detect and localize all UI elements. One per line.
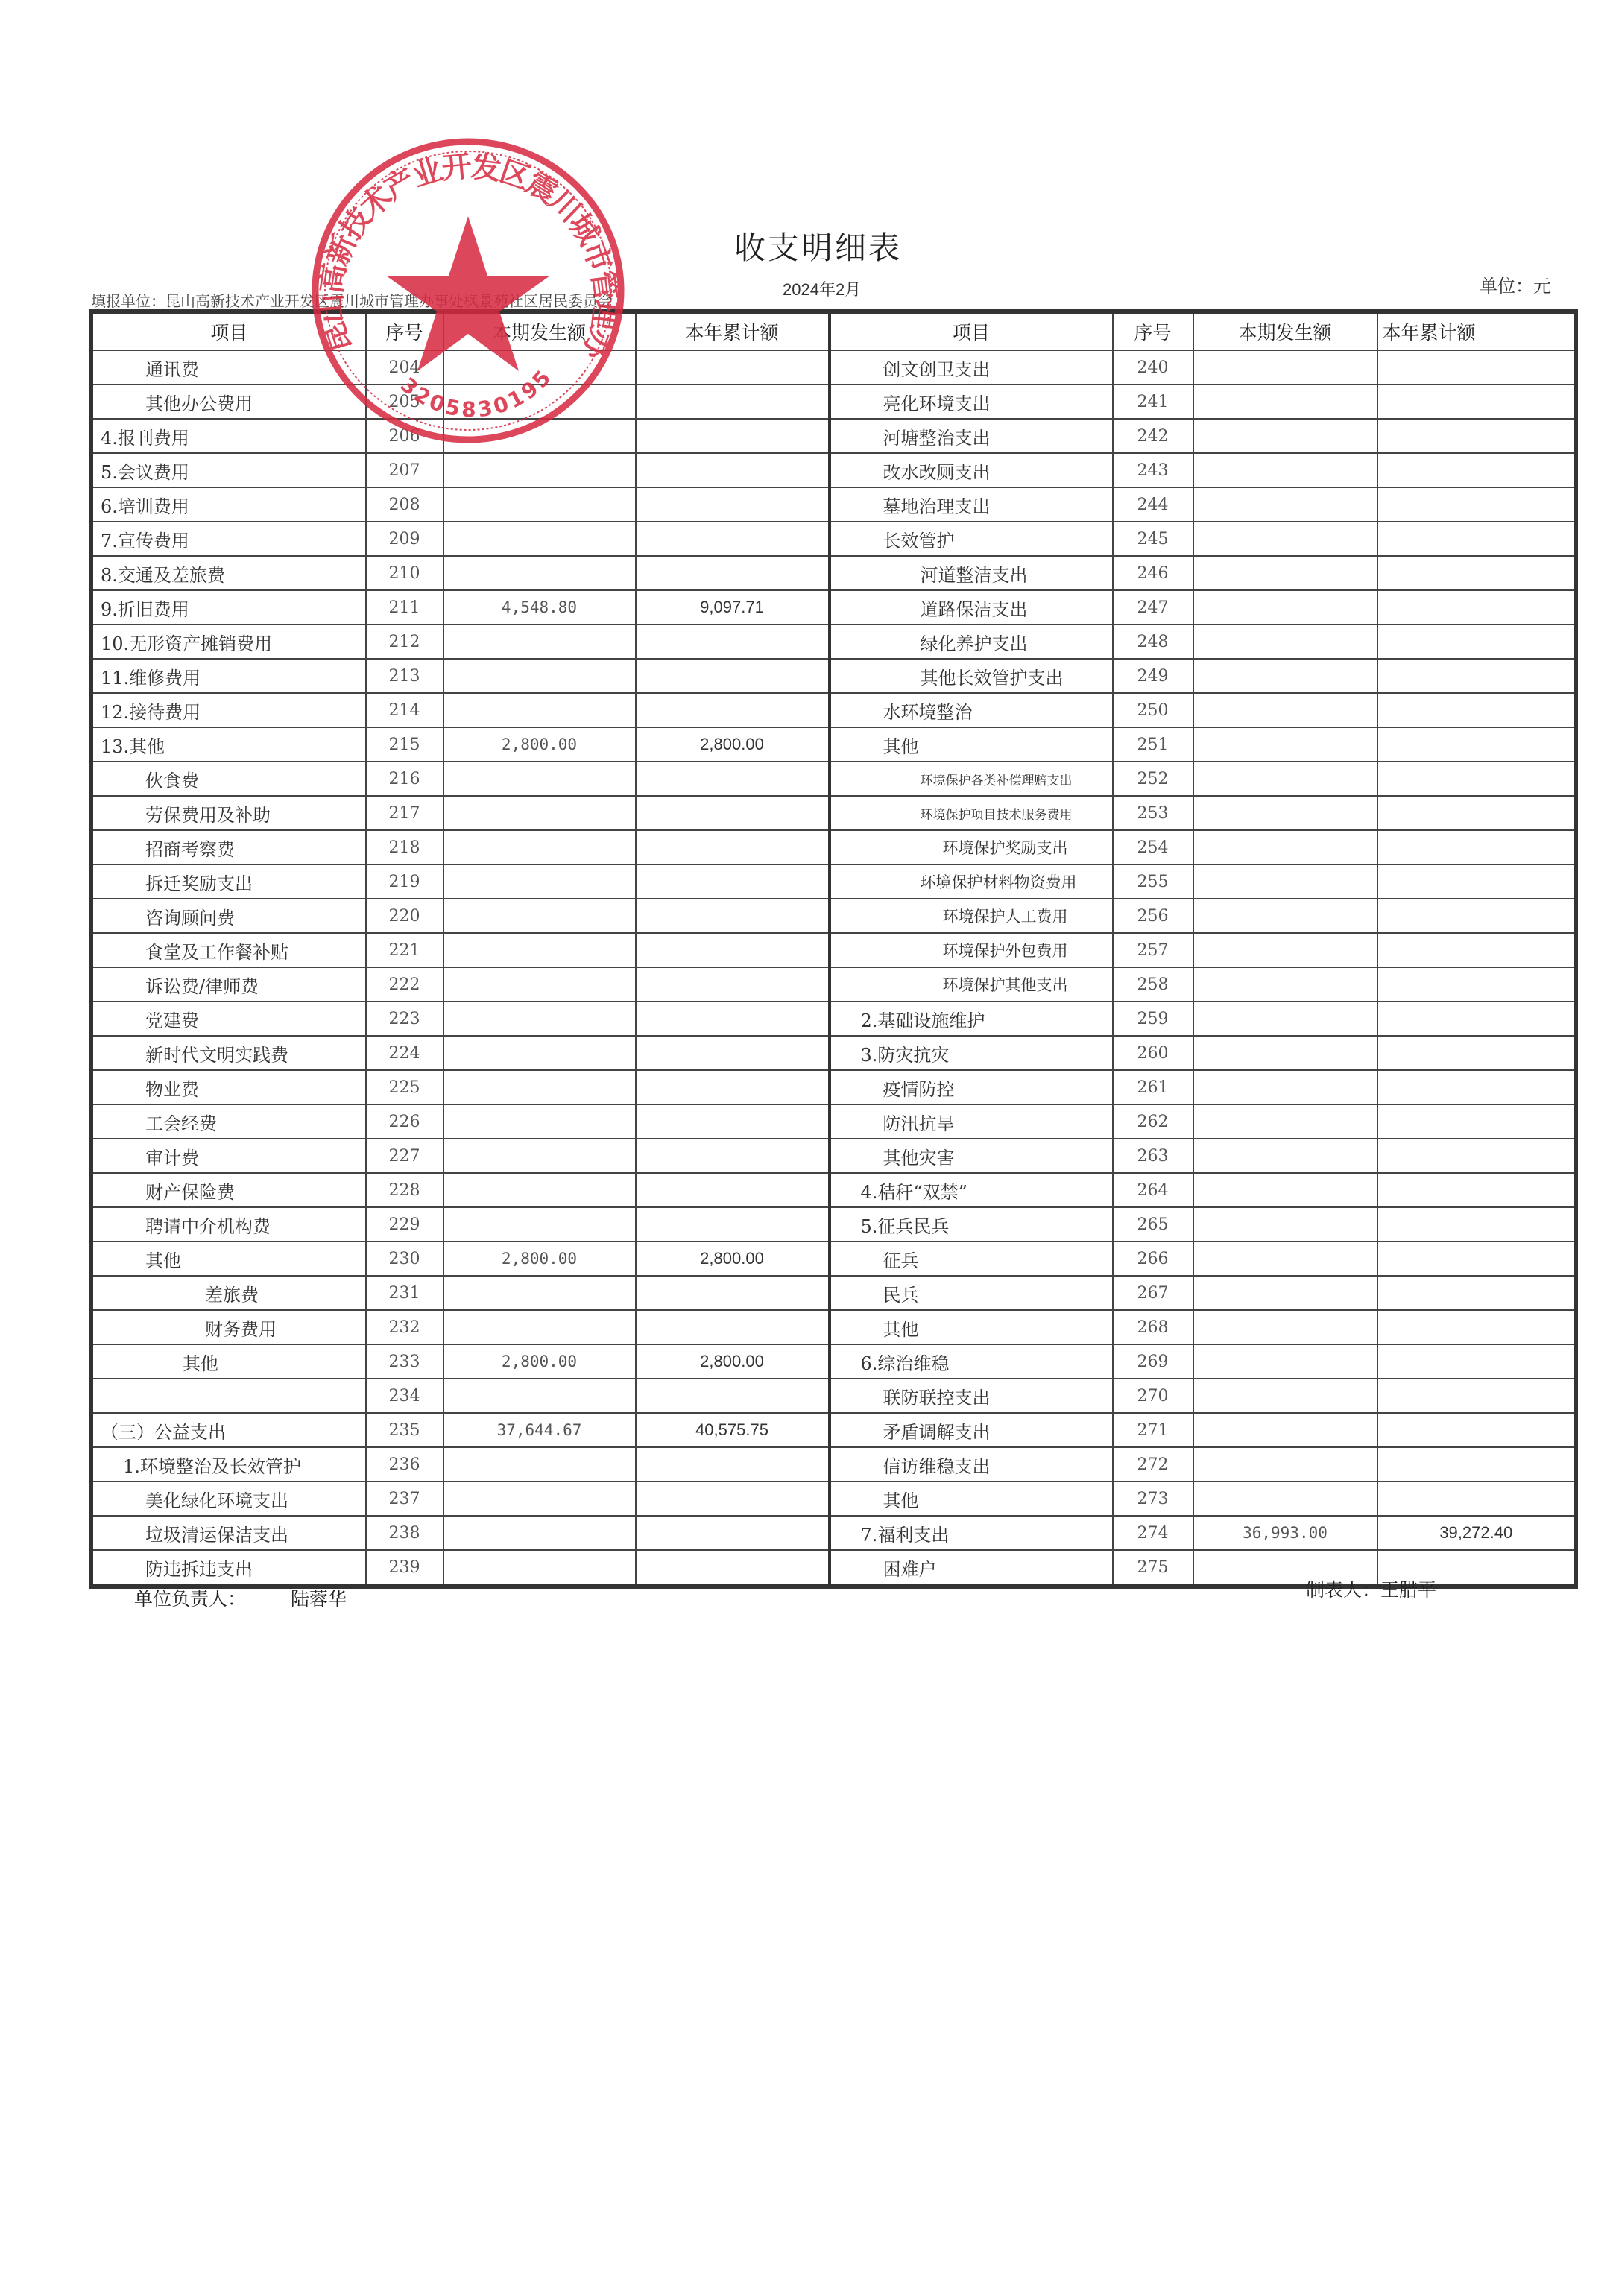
row-item-label: 审计费	[92, 1139, 366, 1173]
row-item-label: 1.环境整治及长效管护	[92, 1447, 366, 1481]
row-ytd-amount	[1377, 967, 1576, 1002]
row-item-label: 环境保护各类补偿理赔支出	[830, 762, 1113, 796]
row-item-label: 其他	[830, 727, 1113, 762]
income-expense-table: 项目 序号 本期发生额 本年累计额 项目 序号 本期发生额 本年累计额 通讯费2…	[89, 309, 1578, 1589]
row-ytd-amount	[636, 796, 830, 830]
row-seq-number: 240	[1113, 350, 1193, 385]
row-item-label: 创文创卫支出	[830, 350, 1113, 385]
row-current-amount	[443, 659, 636, 693]
row-current-amount	[1193, 590, 1377, 624]
row-item-label: 党建费	[92, 1002, 366, 1036]
row-current-amount	[1193, 693, 1377, 727]
row-item-label: 环境保护奖励支出	[830, 830, 1113, 864]
table-row: 党建费2232.基础设施维护259	[92, 1002, 1576, 1036]
row-ytd-amount	[636, 1550, 830, 1587]
table-row: 234联防联控支出270	[92, 1379, 1576, 1413]
row-ytd-amount	[1377, 762, 1576, 796]
row-seq-number: 209	[366, 522, 443, 556]
row-ytd-amount	[636, 1276, 830, 1310]
row-current-amount	[1193, 1104, 1377, 1139]
row-current-amount	[443, 933, 636, 967]
row-ytd-amount	[636, 1379, 830, 1413]
row-seq-number: 230	[366, 1242, 443, 1276]
row-current-amount	[443, 1550, 636, 1587]
row-current-amount	[443, 350, 636, 385]
row-seq-number: 260	[1113, 1036, 1193, 1070]
row-current-amount	[443, 385, 636, 419]
row-item-label: 4.报刊费用	[92, 419, 366, 453]
table-row: 工会经费226防汛抗旱262	[92, 1104, 1576, 1139]
row-current-amount	[443, 1173, 636, 1207]
table-row: 13.其他2152,800.002,800.00其他251	[92, 727, 1576, 762]
row-current-amount	[1193, 556, 1377, 590]
row-item-label: 亮化环境支出	[830, 385, 1113, 419]
row-current-amount	[1193, 1276, 1377, 1310]
reporting-unit-label: 填报单位：	[91, 292, 165, 310]
table-row: 其他2302,800.002,800.00征兵266	[92, 1242, 1576, 1276]
row-current-amount	[443, 796, 636, 830]
table-row: 9.折旧费用2114,548.809,097.71道路保洁支出247	[92, 590, 1576, 624]
row-seq-number: 236	[366, 1447, 443, 1481]
row-seq-number: 207	[366, 453, 443, 487]
row-item-label: 河塘整治支出	[830, 419, 1113, 453]
row-item-label: 民兵	[830, 1276, 1113, 1310]
table-row: 11.维修费用213其他长效管护支出249	[92, 659, 1576, 693]
header-item-right: 项目	[830, 311, 1113, 351]
row-item-label: 防汛抗旱	[830, 1104, 1113, 1139]
row-current-amount	[1193, 967, 1377, 1002]
table-row: 财产保险费2284.秸秆“双禁”264	[92, 1173, 1576, 1207]
row-seq-number: 210	[366, 556, 443, 590]
row-item-label: 12.接待费用	[92, 693, 366, 727]
row-seq-number: 217	[366, 796, 443, 830]
row-item-label: 美化绿化环境支出	[92, 1481, 366, 1516]
row-ytd-amount	[1377, 1173, 1576, 1207]
row-item-label: 2.基础设施维护	[830, 1002, 1113, 1036]
row-ytd-amount	[636, 419, 830, 453]
table-row: 通讯费204创文创卫支出240	[92, 350, 1576, 385]
row-current-amount	[1193, 1481, 1377, 1516]
reporting-unit-name: 昆山高新技术产业开发区震川城市管理办事处枫景苑社区居民委员会	[165, 292, 613, 310]
table-row: 诉讼费/律师费222环境保护其他支出258	[92, 967, 1576, 1002]
table-row: 7.宣传费用209长效管护245	[92, 522, 1576, 556]
row-ytd-amount	[1377, 864, 1576, 899]
row-current-amount: 2,800.00	[443, 1344, 636, 1379]
table-row: 差旅费231民兵267	[92, 1276, 1576, 1310]
row-item-label: 7.福利支出	[830, 1516, 1113, 1550]
row-ytd-amount	[1377, 1036, 1576, 1070]
row-ytd-amount	[636, 1516, 830, 1550]
row-ytd-amount	[636, 453, 830, 487]
row-current-amount	[1193, 487, 1377, 522]
row-current-amount	[1193, 659, 1377, 693]
row-ytd-amount	[1377, 453, 1576, 487]
row-seq-number: 219	[366, 864, 443, 899]
table-row: 12.接待费用214水环境整治250	[92, 693, 1576, 727]
row-ytd-amount	[1377, 1139, 1576, 1173]
row-current-amount	[1193, 762, 1377, 796]
row-item-label: 物业费	[92, 1070, 366, 1104]
row-current-amount: 2,800.00	[443, 727, 636, 762]
row-ytd-amount	[1377, 830, 1576, 864]
row-ytd-amount	[636, 864, 830, 899]
row-item-label: 道路保洁支出	[830, 590, 1113, 624]
header-ytd-right: 本年累计额	[1377, 311, 1576, 351]
table-row: 5.会议费用207改水改厕支出243	[92, 453, 1576, 487]
row-seq-number: 204	[366, 350, 443, 385]
row-seq-number: 222	[366, 967, 443, 1002]
row-seq-number: 242	[1113, 419, 1193, 453]
row-ytd-amount	[1377, 1242, 1576, 1276]
header-item-left: 项目	[92, 311, 366, 351]
row-seq-number: 231	[366, 1276, 443, 1310]
row-ytd-amount	[1377, 1104, 1576, 1139]
row-ytd-amount: 2,800.00	[636, 727, 830, 762]
currency-unit: 单位：元	[1480, 271, 1551, 297]
row-item-label: 困难户	[830, 1550, 1113, 1587]
row-item-label: 诉讼费/律师费	[92, 967, 366, 1002]
row-seq-number: 220	[366, 899, 443, 933]
row-current-amount	[443, 1070, 636, 1104]
row-item-label: 10.无形资产摊销费用	[92, 624, 366, 659]
row-seq-number: 223	[366, 1002, 443, 1036]
row-seq-number: 261	[1113, 1070, 1193, 1104]
row-seq-number: 213	[366, 659, 443, 693]
row-item-label: 其他灾害	[830, 1139, 1113, 1173]
row-item-label: 4.秸秆“双禁”	[830, 1173, 1113, 1207]
table-row: 劳保费用及补助217环境保护项目技术服务费用253	[92, 796, 1576, 830]
row-ytd-amount	[1377, 1481, 1576, 1516]
table-body: 通讯费204创文创卫支出240其他办公费用205亮化环境支出2414.报刊费用2…	[92, 350, 1576, 1587]
row-seq-number: 274	[1113, 1516, 1193, 1550]
row-seq-number: 271	[1113, 1413, 1193, 1447]
row-item-label: 差旅费	[92, 1276, 366, 1310]
row-current-amount	[1193, 1173, 1377, 1207]
table-row: 10.无形资产摊销费用212绿化养护支出248	[92, 624, 1576, 659]
row-ytd-amount	[1377, 1002, 1576, 1036]
row-current-amount	[443, 1104, 636, 1139]
row-ytd-amount	[1377, 1447, 1576, 1481]
row-seq-number: 256	[1113, 899, 1193, 933]
row-seq-number: 266	[1113, 1242, 1193, 1276]
row-item-label: 其他	[92, 1344, 366, 1379]
row-item-label: 信访维稳支出	[830, 1447, 1113, 1481]
preparer-label: 制表人：	[1306, 1579, 1380, 1601]
row-seq-number: 238	[366, 1516, 443, 1550]
row-current-amount	[443, 624, 636, 659]
table-row: 其他2332,800.002,800.006.综治维稳269	[92, 1344, 1576, 1379]
row-item-label: 其他	[830, 1310, 1113, 1344]
row-item-label: 防违拆违支出	[92, 1550, 366, 1587]
row-current-amount	[1193, 864, 1377, 899]
row-current-amount	[443, 419, 636, 453]
row-current-amount	[443, 899, 636, 933]
row-ytd-amount	[1377, 590, 1576, 624]
row-current-amount	[443, 1516, 636, 1550]
table-row: 食堂及工作餐补贴221环境保护外包费用257	[92, 933, 1576, 967]
row-item-label: 拆迁奖励支出	[92, 864, 366, 899]
row-seq-number: 251	[1113, 727, 1193, 762]
table-row: 8.交通及差旅费210河道整洁支出246	[92, 556, 1576, 590]
row-item-label: 财务费用	[92, 1310, 366, 1344]
row-item-label: 河道整洁支出	[830, 556, 1113, 590]
row-seq-number: 206	[366, 419, 443, 453]
row-ytd-amount	[1377, 556, 1576, 590]
row-ytd-amount	[636, 899, 830, 933]
row-current-amount	[1193, 933, 1377, 967]
row-seq-number: 259	[1113, 1002, 1193, 1036]
row-ytd-amount	[1377, 624, 1576, 659]
row-seq-number: 243	[1113, 453, 1193, 487]
row-seq-number: 241	[1113, 385, 1193, 419]
row-current-amount	[1193, 1036, 1377, 1070]
row-current-amount	[1193, 727, 1377, 762]
row-ytd-amount	[1377, 522, 1576, 556]
row-seq-number: 263	[1113, 1139, 1193, 1173]
table-row: 聘请中介机构费2295.征兵民兵265	[92, 1207, 1576, 1242]
row-seq-number: 229	[366, 1207, 443, 1242]
row-seq-number: 268	[1113, 1310, 1193, 1344]
row-current-amount	[443, 693, 636, 727]
row-seq-number: 248	[1113, 624, 1193, 659]
row-current-amount: 37,644.67	[443, 1413, 636, 1447]
row-ytd-amount	[636, 1207, 830, 1242]
row-current-amount	[443, 1036, 636, 1070]
row-seq-number: 257	[1113, 933, 1193, 967]
reporting-unit: 填报单位：昆山高新技术产业开发区震川城市管理办事处枫景苑社区居民委员会	[91, 289, 613, 311]
row-current-amount	[443, 967, 636, 1002]
row-seq-number: 224	[366, 1036, 443, 1070]
row-item-label: 矛盾调解支出	[830, 1413, 1113, 1447]
row-ytd-amount: 39,272.40	[1377, 1516, 1576, 1550]
table-row: 物业费225疫情防控261	[92, 1070, 1576, 1104]
row-ytd-amount: 40,575.75	[636, 1413, 830, 1447]
row-ytd-amount	[636, 1173, 830, 1207]
row-seq-number: 249	[1113, 659, 1193, 693]
row-seq-number: 227	[366, 1139, 443, 1173]
row-item-label: 5.会议费用	[92, 453, 366, 487]
row-item-label: 联防联控支出	[830, 1379, 1113, 1413]
row-ytd-amount	[1377, 487, 1576, 522]
row-seq-number: 234	[366, 1379, 443, 1413]
row-ytd-amount	[636, 933, 830, 967]
row-current-amount	[443, 1207, 636, 1242]
row-current-amount	[1193, 1344, 1377, 1379]
row-seq-number: 252	[1113, 762, 1193, 796]
row-ytd-amount	[636, 522, 830, 556]
row-seq-number: 244	[1113, 487, 1193, 522]
row-item-label: 其他长效管护支出	[830, 659, 1113, 693]
row-current-amount	[1193, 1379, 1377, 1413]
row-seq-number: 208	[366, 487, 443, 522]
row-seq-number: 216	[366, 762, 443, 796]
row-ytd-amount	[636, 1070, 830, 1104]
row-ytd-amount	[1377, 419, 1576, 453]
header-current-left: 本期发生额	[443, 311, 636, 351]
row-item-label: 咨询顾问费	[92, 899, 366, 933]
header-seq-left: 序号	[366, 311, 443, 351]
row-item-label: 垃圾清运保洁支出	[92, 1516, 366, 1550]
unit-head-label: 单位负责人：	[134, 1588, 246, 1610]
row-current-amount	[443, 762, 636, 796]
row-ytd-amount	[1377, 1070, 1576, 1104]
row-item-label: 食堂及工作餐补贴	[92, 933, 366, 967]
row-ytd-amount	[636, 556, 830, 590]
row-ytd-amount	[1377, 727, 1576, 762]
row-ytd-amount: 2,800.00	[636, 1242, 830, 1276]
row-current-amount	[443, 864, 636, 899]
row-ytd-amount	[636, 385, 830, 419]
row-item-label: 13.其他	[92, 727, 366, 762]
row-seq-number: 233	[366, 1344, 443, 1379]
table-row: （三）公益支出23537,644.6740,575.75矛盾调解支出271	[92, 1413, 1576, 1447]
row-ytd-amount	[1377, 1379, 1576, 1413]
row-ytd-amount	[1377, 385, 1576, 419]
row-seq-number: 245	[1113, 522, 1193, 556]
row-current-amount	[1193, 1310, 1377, 1344]
row-ytd-amount	[636, 1139, 830, 1173]
row-current-amount	[1193, 385, 1377, 419]
table-row: 新时代文明实践费2243.防灾抗灾260	[92, 1036, 1576, 1070]
row-item-label: 8.交通及差旅费	[92, 556, 366, 590]
table-row: 拆迁奖励支出219环境保护材料物资费用255	[92, 864, 1576, 899]
row-seq-number: 262	[1113, 1104, 1193, 1139]
row-item-label: 环境保护外包费用	[830, 933, 1113, 967]
row-item-label: 其他办公费用	[92, 385, 366, 419]
row-seq-number: 269	[1113, 1344, 1193, 1379]
row-item-label: 疫情防控	[830, 1070, 1113, 1104]
table-row: 垃圾清运保洁支出2387.福利支出27436,993.0039,272.40	[92, 1516, 1576, 1550]
table-row: 美化绿化环境支出237其他273	[92, 1481, 1576, 1516]
header-current-right: 本期发生额	[1193, 311, 1377, 351]
row-item-label: 水环境整治	[830, 693, 1113, 727]
row-ytd-amount	[1377, 350, 1576, 385]
row-seq-number: 205	[366, 385, 443, 419]
row-item-label: 聘请中介机构费	[92, 1207, 366, 1242]
row-seq-number: 258	[1113, 967, 1193, 1002]
row-seq-number: 267	[1113, 1276, 1193, 1310]
row-ytd-amount	[636, 350, 830, 385]
row-item-label: 征兵	[830, 1242, 1113, 1276]
row-current-amount	[1193, 350, 1377, 385]
row-current-amount	[1193, 1002, 1377, 1036]
row-item-label: 3.防灾抗灾	[830, 1036, 1113, 1070]
row-current-amount	[443, 556, 636, 590]
row-seq-number: 212	[366, 624, 443, 659]
table-row: 其他办公费用205亮化环境支出241	[92, 385, 1576, 419]
row-item-label: 环境保护人工费用	[830, 899, 1113, 933]
table-header-row: 项目 序号 本期发生额 本年累计额 项目 序号 本期发生额 本年累计额	[92, 311, 1576, 351]
header-ytd-left: 本年累计额	[636, 311, 830, 351]
row-seq-number: 273	[1113, 1481, 1193, 1516]
row-seq-number: 226	[366, 1104, 443, 1139]
row-ytd-amount	[636, 830, 830, 864]
row-ytd-amount	[636, 1002, 830, 1036]
row-item-label: 环境保护其他支出	[830, 967, 1113, 1002]
row-item-label: 其他	[92, 1242, 366, 1276]
row-current-amount	[1193, 1242, 1377, 1276]
row-ytd-amount	[636, 1481, 830, 1516]
row-current-amount	[1193, 1139, 1377, 1173]
preparer: 制表人：王腊平	[1306, 1575, 1436, 1602]
row-item-label: 11.维修费用	[92, 659, 366, 693]
header-seq-right: 序号	[1113, 311, 1193, 351]
row-current-amount	[443, 1310, 636, 1344]
row-item-label: 7.宣传费用	[92, 522, 366, 556]
row-item-label: 6.培训费用	[92, 487, 366, 522]
row-current-amount	[443, 1379, 636, 1413]
row-ytd-amount	[1377, 1276, 1576, 1310]
row-current-amount	[443, 1481, 636, 1516]
row-seq-number: 225	[366, 1070, 443, 1104]
row-seq-number: 235	[366, 1413, 443, 1447]
row-item-label: 伙食费	[92, 762, 366, 796]
row-item-label: 财产保险费	[92, 1173, 366, 1207]
row-item-label: 改水改厕支出	[830, 453, 1113, 487]
row-ytd-amount	[1377, 1207, 1576, 1242]
table-row: 审计费227其他灾害263	[92, 1139, 1576, 1173]
table-row: 财务费用232其他268	[92, 1310, 1576, 1344]
table-row: 伙食费216环境保护各类补偿理赔支出252	[92, 762, 1576, 796]
row-ytd-amount	[1377, 796, 1576, 830]
row-seq-number: 215	[366, 727, 443, 762]
row-ytd-amount: 2,800.00	[636, 1344, 830, 1379]
row-seq-number: 221	[366, 933, 443, 967]
row-current-amount	[1193, 1413, 1377, 1447]
row-item-label: 环境保护材料物资费用	[830, 864, 1113, 899]
row-item-label: 6.综治维稳	[830, 1344, 1113, 1379]
row-seq-number: 239	[366, 1550, 443, 1587]
row-ytd-amount	[636, 624, 830, 659]
row-ytd-amount	[1377, 899, 1576, 933]
row-current-amount	[1193, 1207, 1377, 1242]
row-seq-number: 270	[1113, 1379, 1193, 1413]
row-ytd-amount	[636, 762, 830, 796]
row-ytd-amount	[636, 487, 830, 522]
row-item-label: 劳保费用及补助	[92, 796, 366, 830]
row-seq-number: 228	[366, 1173, 443, 1207]
row-item-label: 招商考察费	[92, 830, 366, 864]
row-seq-number: 265	[1113, 1207, 1193, 1242]
row-seq-number: 232	[366, 1310, 443, 1344]
row-item-label: 新时代文明实践费	[92, 1036, 366, 1070]
row-seq-number: 211	[366, 590, 443, 624]
row-item-label	[92, 1379, 366, 1413]
row-current-amount	[1193, 1447, 1377, 1481]
row-ytd-amount	[1377, 1344, 1576, 1379]
row-ytd-amount: 9,097.71	[636, 590, 830, 624]
row-item-label: 其他	[830, 1481, 1113, 1516]
row-current-amount	[1193, 830, 1377, 864]
row-ytd-amount	[1377, 693, 1576, 727]
row-current-amount	[1193, 453, 1377, 487]
report-period: 2024年2月	[783, 277, 861, 300]
row-ytd-amount	[636, 693, 830, 727]
row-item-label: 长效管护	[830, 522, 1113, 556]
row-ytd-amount	[636, 1310, 830, 1344]
row-item-label: 绿化养护支出	[830, 624, 1113, 659]
row-seq-number: 250	[1113, 693, 1193, 727]
row-item-label: （三）公益支出	[92, 1413, 366, 1447]
row-item-label: 5.征兵民兵	[830, 1207, 1113, 1242]
row-item-label: 环境保护项目技术服务费用	[830, 796, 1113, 830]
row-seq-number: 218	[366, 830, 443, 864]
row-current-amount	[443, 1139, 636, 1173]
row-seq-number: 272	[1113, 1447, 1193, 1481]
row-item-label: 9.折旧费用	[92, 590, 366, 624]
preparer-name: 王腊平	[1380, 1579, 1436, 1601]
row-current-amount	[443, 1276, 636, 1310]
